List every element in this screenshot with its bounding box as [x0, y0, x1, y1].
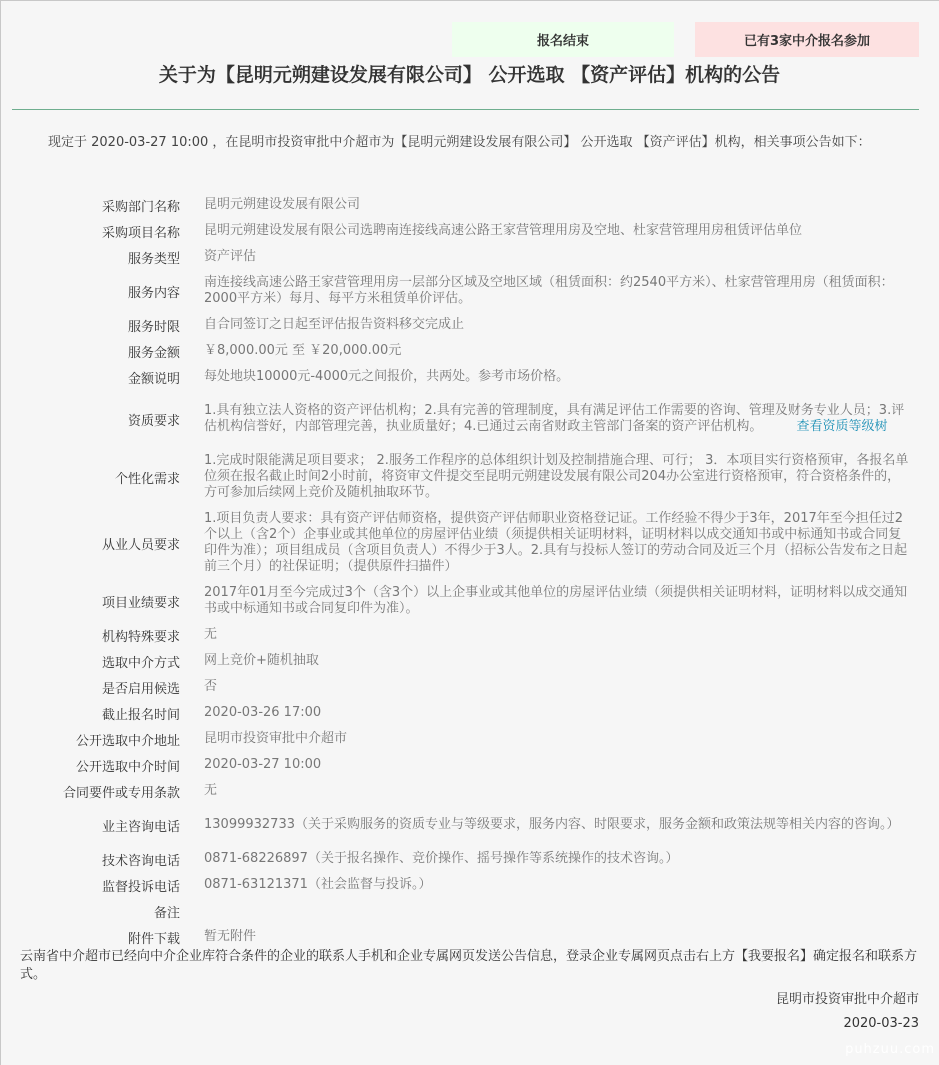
detail-row-registration-deadline: 截止报名时间 2020-03-26 17:00	[0, 700, 939, 726]
detail-row-attachments: 附件下载 暂无附件	[0, 924, 939, 950]
detail-value: 无	[204, 627, 910, 643]
detail-row-remarks: 备注	[0, 898, 939, 924]
detail-value: 2017年01月至今完成过3个（含3个）以上企事业或其他单位的房屋评估业绩（须提…	[204, 585, 910, 617]
detail-value: 无	[204, 783, 910, 799]
notice-intro: 现定于 2020-03-27 10:00 ，在昆明市投资审批中介超市为【昆明元朔…	[20, 128, 910, 157]
footer-note: 云南省中介超市已经向中介企业库符合条件的企业的联系人手机和企业专属网页发送公告信…	[20, 948, 920, 984]
detail-value: 2020-03-26 17:00	[204, 705, 910, 721]
registration-ended-label: 报名结束	[537, 30, 589, 49]
detail-label: 从业人员要求	[0, 534, 204, 553]
detail-label: 服务时限	[0, 316, 204, 335]
detail-label: 项目业绩要求	[0, 592, 204, 611]
detail-label: 备注	[0, 902, 204, 921]
detail-value: 自合同签订之日起至评估报告资料移交完成止	[204, 317, 910, 333]
detail-row-contract-terms: 合同要件或专用条款 无	[0, 778, 939, 804]
detail-label: 监督投诉电话	[0, 876, 204, 895]
detail-label: 业主咨询电话	[0, 816, 204, 835]
detail-row-complaint-phone: 监督投诉电话 0871-63121371（社会监督与投诉。）	[0, 872, 939, 898]
title-divider	[12, 109, 919, 110]
detail-row-selection-address: 公开选取中介地址 昆明市投资审批中介超市	[0, 726, 939, 752]
detail-label: 截止报名时间	[0, 704, 204, 723]
detail-row-custom-requirements: 个性化需求 1.完成时限能满足项目要求； 2.服务工作程序的总体组织计划及控制措…	[0, 448, 939, 506]
signature-date: 2020-03-23	[843, 1016, 919, 1031]
detail-label: 服务金额	[0, 342, 204, 361]
attachments-value: 暂无附件	[204, 929, 910, 945]
detail-label: 选取中介方式	[0, 652, 204, 671]
detail-label: 附件下载	[0, 928, 204, 947]
detail-value: 0871-63121371（社会监督与投诉。）	[204, 877, 910, 893]
detail-row-service-amount: 服务金额 ￥8,000.00元 至 ￥20,000.00元	[0, 338, 939, 364]
detail-value: 2020-03-27 10:00	[204, 757, 910, 773]
detail-row-qualification: 资质要求 1.具有独立法人资格的资产评估机构；2.具有完善的管理制度，具有满足评…	[0, 390, 939, 448]
detail-label: 金额说明	[0, 368, 204, 387]
registered-count-label: 已有3家中介报名参加	[744, 30, 870, 49]
detail-value: 昆明元朔建设发展有限公司	[204, 197, 910, 213]
detail-value: 每处地块10000元-4000元之间报价，共两处。参考市场价格。	[204, 369, 910, 385]
detail-row-staff-requirements: 从业人员要求 1.项目负责人要求：具有资产评估师资格，提供资产评估师职业资格登记…	[0, 506, 939, 580]
detail-row-project-performance: 项目业绩要求 2017年01月至今完成过3个（含3个）以上企事业或其他单位的房屋…	[0, 580, 939, 622]
detail-label: 采购部门名称	[0, 196, 204, 215]
detail-value: 昆明元朔建设发展有限公司选聘南连接线高速公路王家营管理用房及空地、杜家营管理用房…	[204, 223, 910, 239]
detail-row-service-period: 服务时限 自合同签订之日起至评估报告资料移交完成止	[0, 312, 939, 338]
detail-label: 服务内容	[0, 282, 204, 301]
detail-row-selection-method: 选取中介方式 网上竞价+随机抽取	[0, 648, 939, 674]
detail-label: 技术咨询电话	[0, 850, 204, 869]
registered-count-badge: 已有3家中介报名参加	[695, 22, 919, 57]
detail-value: 否	[204, 679, 910, 695]
detail-row-special-requirements: 机构特殊要求 无	[0, 622, 939, 648]
detail-value: 资产评估	[204, 249, 910, 265]
detail-row-selection-time: 公开选取中介时间 2020-03-27 10:00	[0, 752, 939, 778]
detail-value: 昆明市投资审批中介超市	[204, 731, 910, 747]
watermark: puhzuu.com	[845, 1042, 935, 1057]
details-table: 采购部门名称 昆明元朔建设发展有限公司 采购项目名称 昆明元朔建设发展有限公司选…	[0, 192, 939, 950]
detail-row-purchasing-dept: 采购部门名称 昆明元朔建设发展有限公司	[0, 192, 939, 218]
registration-ended-badge: 报名结束	[452, 22, 674, 57]
detail-value: 网上竞价+随机抽取	[204, 653, 910, 669]
view-qualification-tree-link[interactable]: 查看资质等级树	[797, 419, 888, 434]
detail-label: 是否启用候选	[0, 678, 204, 697]
detail-value: 13099932733（关于采购服务的资质专业与等级要求，服务内容、时限要求，服…	[204, 817, 910, 833]
detail-row-tech-phone: 技术咨询电话 0871-68226897（关于报名操作、竞价操作、摇号操作等系统…	[0, 846, 939, 872]
detail-label: 资质要求	[0, 410, 204, 429]
detail-label: 机构特殊要求	[0, 626, 204, 645]
detail-value: 1.项目负责人要求：具有资产评估师资格，提供资产评估师职业资格登记证。工作经验不…	[204, 511, 910, 575]
detail-value: 1.完成时限能满足项目要求； 2.服务工作程序的总体组织计划及控制措施合理、可行…	[204, 453, 910, 501]
detail-row-amount-note: 金额说明 每处地块10000元-4000元之间报价，共两处。参考市场价格。	[0, 364, 939, 390]
detail-row-project-name: 采购项目名称 昆明元朔建设发展有限公司选聘南连接线高速公路王家营管理用房及空地、…	[0, 218, 939, 244]
detail-label: 个性化需求	[0, 468, 204, 487]
signature-organization: 昆明市投资审批中介超市	[776, 988, 919, 1007]
detail-row-service-type: 服务类型 资产评估	[0, 244, 939, 270]
detail-value: 0871-68226897（关于报名操作、竞价操作、摇号操作等系统操作的技术咨询…	[204, 851, 910, 867]
detail-label: 公开选取中介地址	[0, 730, 204, 749]
detail-value: 南连接线高速公路王家营管理用房一层部分区域及空地区域（租赁面积：约2540平方米…	[204, 275, 910, 307]
detail-label: 采购项目名称	[0, 222, 204, 241]
notice-title: 关于为【昆明元朔建设发展有限公司】 公开选取 【资产评估】机构的公告	[0, 60, 939, 87]
detail-label: 公开选取中介时间	[0, 756, 204, 775]
detail-label: 合同要件或专用条款	[0, 782, 204, 801]
detail-value: ￥8,000.00元 至 ￥20,000.00元	[204, 343, 910, 359]
detail-row-owner-phone: 业主咨询电话 13099932733（关于采购服务的资质专业与等级要求，服务内容…	[0, 804, 939, 846]
detail-label: 服务类型	[0, 248, 204, 267]
detail-value: 1.具有独立法人资格的资产评估机构；2.具有完善的管理制度，具有满足评估工作需要…	[204, 403, 910, 435]
detail-row-service-content: 服务内容 南连接线高速公路王家营管理用房一层部分区域及空地区域（租赁面积：约25…	[0, 270, 939, 312]
detail-row-use-candidates: 是否启用候选 否	[0, 674, 939, 700]
